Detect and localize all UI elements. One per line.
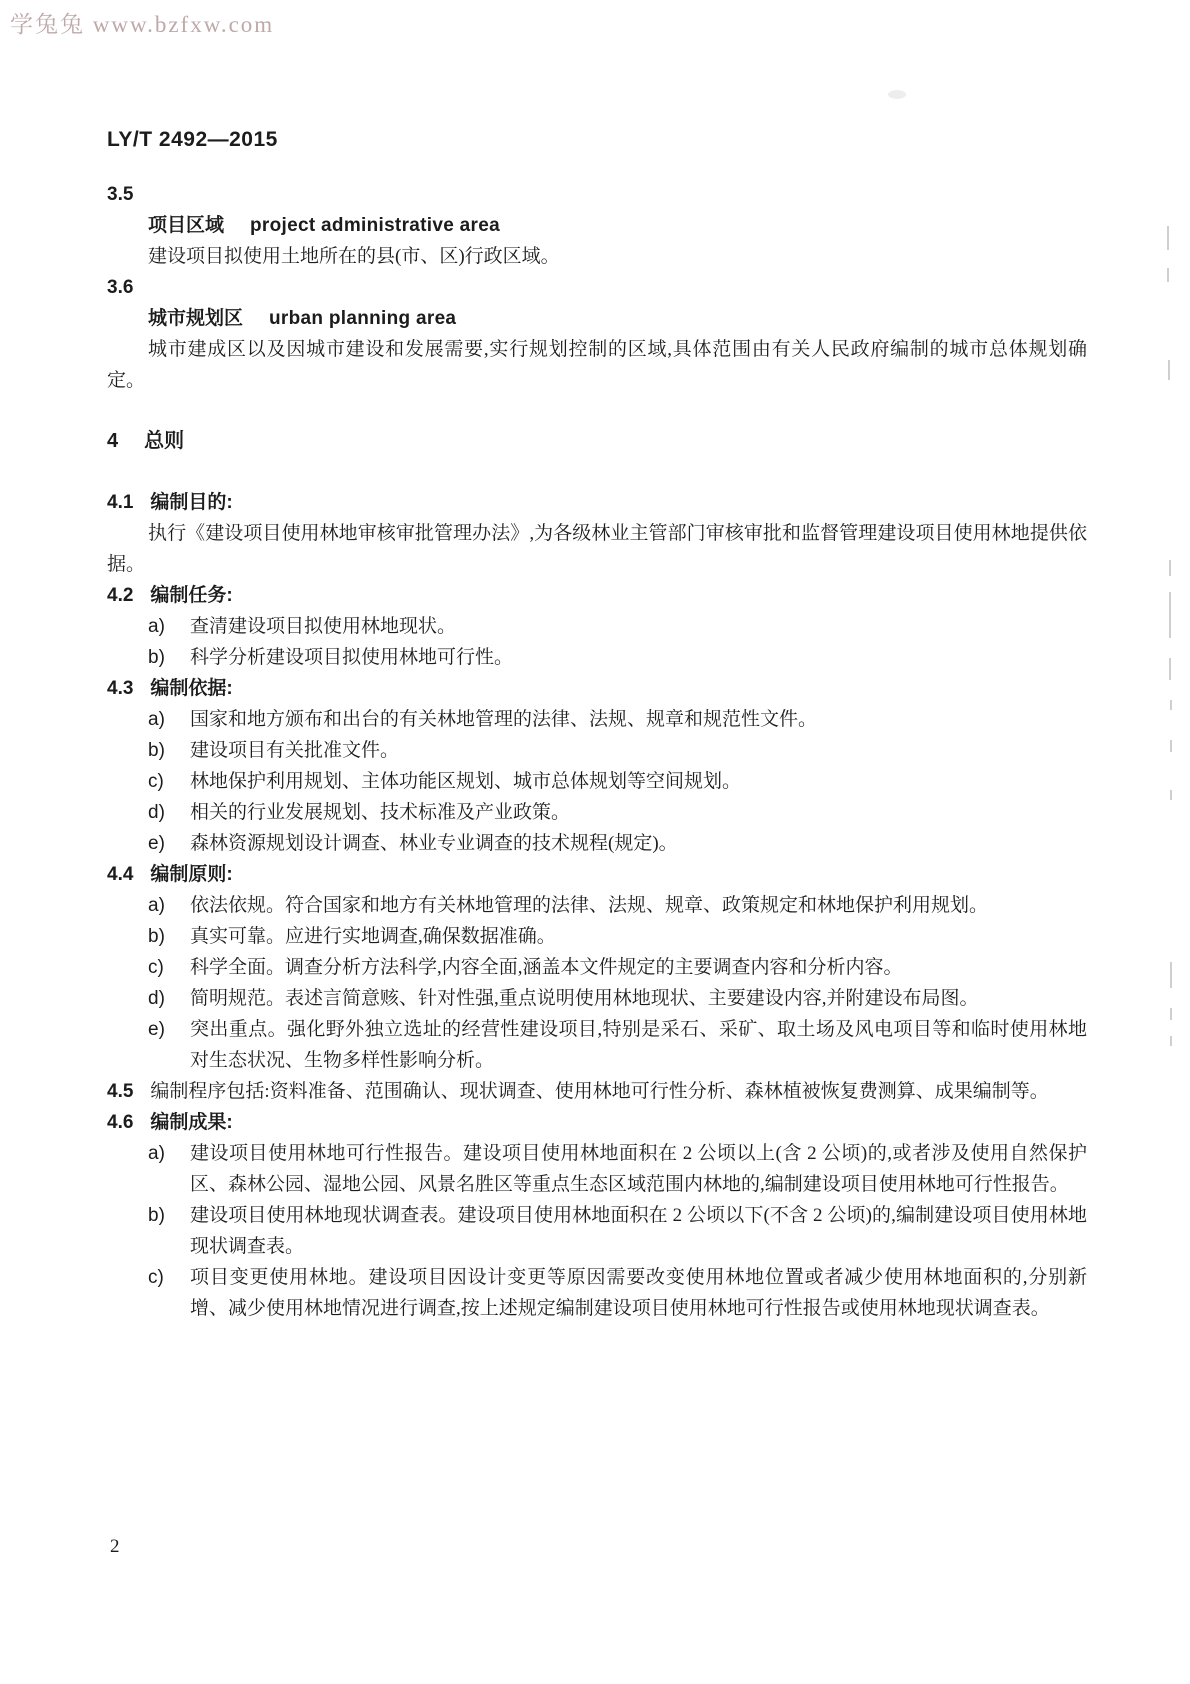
item-label: a) bbox=[148, 1138, 165, 1169]
list-item: b)建设项目使用林地现状调查表。建设项目使用林地面积在 2 公顷以下(不含 2 … bbox=[107, 1200, 1087, 1262]
item-label: e) bbox=[148, 1014, 165, 1045]
list-item: c)科学全面。调查分析方法科学,内容全面,涵盖本文件规定的主要调查内容和分析内容… bbox=[107, 952, 1087, 983]
clause-number: 4.4 bbox=[107, 864, 133, 885]
clause-number: 4.2 bbox=[107, 585, 133, 606]
item-text: 查清建设项目拟使用林地现状。 bbox=[190, 616, 456, 637]
scan-mark bbox=[1170, 962, 1172, 988]
clause-heading: 4.2编制任务: bbox=[107, 580, 1087, 611]
clause-heading: 4.1编制目的: bbox=[107, 487, 1087, 518]
scan-speck bbox=[1036, 340, 1040, 351]
clause-body: 执行《建设项目使用林地审核审批管理办法》,为各级林业主管部门审核审批和监督管理建… bbox=[107, 518, 1087, 580]
clause-text: 编制程序包括:资料准备、范围确认、现状调查、使用林地可行性分析、森林植被恢复费测… bbox=[150, 1081, 1048, 1102]
item-text: 依法依规。符合国家和地方有关林地管理的法律、法规、规章、政策规定和林地保护利用规… bbox=[190, 895, 988, 916]
item-label: d) bbox=[148, 983, 165, 1014]
item-text: 科学全面。调查分析方法科学,内容全面,涵盖本文件规定的主要调查内容和分析内容。 bbox=[190, 957, 903, 978]
item-text: 相关的行业发展规划、技术标准及产业政策。 bbox=[190, 802, 570, 823]
clause-4-4: 4.4编制原则: a)依法依规。符合国家和地方有关林地管理的法律、法规、规章、政… bbox=[107, 859, 1087, 1076]
scan-mark bbox=[1170, 1036, 1172, 1046]
clause-title: 编制原则: bbox=[150, 864, 232, 885]
clause-heading: 4.3编制依据: bbox=[107, 673, 1087, 704]
clause-number: 4.3 bbox=[107, 678, 133, 699]
list-item: c)项目变更使用林地。建设项目因设计变更等原因需要改变使用林地位置或者减少使用林… bbox=[107, 1262, 1087, 1324]
clause-number: 4.5 bbox=[107, 1081, 133, 1102]
standard-number: LY/T 2492—2015 bbox=[107, 124, 1087, 155]
scan-mark bbox=[1170, 740, 1172, 752]
page-number: 2 bbox=[110, 1536, 120, 1558]
scan-mark bbox=[1170, 790, 1172, 800]
clause-4-3: 4.3编制依据: a)国家和地方颁布和出台的有关林地管理的法律、法规、规章和规范… bbox=[107, 673, 1087, 859]
item-text: 森林资源规划设计调查、林业专业调查的技术规程(规定)。 bbox=[190, 833, 678, 854]
list-item: e)森林资源规划设计调查、林业专业调查的技术规程(规定)。 bbox=[107, 828, 1087, 859]
chapter-number: 4 bbox=[107, 430, 118, 452]
item-label: e) bbox=[148, 828, 165, 859]
term-definition: 城市建成区以及因城市建设和发展需要,实行规划控制的区域,具体范围由有关人民政府编… bbox=[107, 334, 1087, 396]
scan-mark bbox=[1169, 592, 1171, 638]
term-section-3-6: 3.6 城市规划区urban planning area 城市建成区以及因城市建… bbox=[107, 272, 1087, 396]
chapter-title: 总则 bbox=[144, 430, 184, 452]
list-item: a)查清建设项目拟使用林地现状。 bbox=[107, 611, 1087, 642]
term-definition: 建设项目拟使用土地所在的县(市、区)行政区域。 bbox=[107, 241, 1087, 272]
term-en: project administrative area bbox=[250, 215, 500, 236]
item-label: c) bbox=[148, 1262, 164, 1293]
scan-smudge bbox=[888, 90, 906, 99]
list-item: b)真实可靠。应进行实地调查,确保数据准确。 bbox=[107, 921, 1087, 952]
list-item: b)建设项目有关批准文件。 bbox=[107, 735, 1087, 766]
item-text: 建设项目使用林地可行性报告。建设项目使用林地面积在 2 公顷以上(含 2 公顷)… bbox=[190, 1143, 1087, 1195]
list-item: b)科学分析建设项目拟使用林地可行性。 bbox=[107, 642, 1087, 673]
list-item: d)相关的行业发展规划、技术标准及产业政策。 bbox=[107, 797, 1087, 828]
scan-mark bbox=[1167, 268, 1169, 282]
term-number: 3.6 bbox=[107, 272, 1087, 303]
term-section-3-5: 3.5 项目区域project administrative area 建设项目… bbox=[107, 179, 1087, 272]
term-title: 城市规划区urban planning area bbox=[148, 303, 1087, 334]
item-text: 建设项目使用林地现状调查表。建设项目使用林地面积在 2 公顷以下(不含 2 公顷… bbox=[190, 1205, 1087, 1257]
item-label: c) bbox=[148, 952, 164, 983]
clause-number: 4.6 bbox=[107, 1112, 133, 1133]
chapter-heading: 4总则 bbox=[107, 426, 1087, 457]
watermark: 学兔兔 www.bzfxw.com bbox=[10, 6, 274, 39]
item-text: 林地保护利用规划、主体功能区规划、城市总体规划等空间规划。 bbox=[190, 771, 741, 792]
item-label: a) bbox=[148, 611, 165, 642]
item-text: 项目变更使用林地。建设项目因设计变更等原因需要改变使用林地位置或者减少使用林地面… bbox=[190, 1267, 1087, 1319]
clause-4-6: 4.6编制成果: a)建设项目使用林地可行性报告。建设项目使用林地面积在 2 公… bbox=[107, 1107, 1087, 1324]
clause-number: 4.1 bbox=[107, 492, 133, 513]
page-content: LY/T 2492—2015 3.5 项目区域project administr… bbox=[107, 124, 1087, 1324]
list-item: d)简明规范。表述言简意赅、针对性强,重点说明使用林地现状、主要建设内容,并附建… bbox=[107, 983, 1087, 1014]
term-title: 项目区域project administrative area bbox=[148, 210, 1087, 241]
item-text: 国家和地方颁布和出台的有关林地管理的法律、法规、规章和规范性文件。 bbox=[190, 709, 817, 730]
term-number: 3.5 bbox=[107, 179, 1087, 210]
clause-title: 编制依据: bbox=[150, 678, 232, 699]
item-label: b) bbox=[148, 921, 165, 952]
term-en: urban planning area bbox=[269, 308, 456, 329]
scan-mark bbox=[1170, 700, 1172, 710]
item-label: d) bbox=[148, 797, 165, 828]
clause-4-5: 4.5编制程序包括:资料准备、范围确认、现状调查、使用林地可行性分析、森林植被恢… bbox=[107, 1076, 1087, 1107]
item-label: c) bbox=[148, 766, 164, 797]
document-page: 学兔兔 www.bzfxw.com LY/T 2492—2015 3.5 项目区… bbox=[0, 0, 1190, 1684]
item-text: 简明规范。表述言简意赅、针对性强,重点说明使用林地现状、主要建设内容,并附建设布… bbox=[190, 988, 979, 1009]
item-label: a) bbox=[148, 704, 165, 735]
list-item: a)依法依规。符合国家和地方有关林地管理的法律、法规、规章、政策规定和林地保护利… bbox=[107, 890, 1087, 921]
scan-mark bbox=[1169, 560, 1171, 576]
scan-mark bbox=[1168, 360, 1170, 380]
item-label: b) bbox=[148, 1200, 165, 1231]
item-label: a) bbox=[148, 890, 165, 921]
clause-title: 编制目的: bbox=[150, 492, 232, 513]
scan-mark bbox=[1170, 1008, 1172, 1020]
item-text: 真实可靠。应进行实地调查,确保数据准确。 bbox=[190, 926, 556, 947]
item-text: 突出重点。强化野外独立选址的经营性建设项目,特别是采石、采矿、取土场及风电项目等… bbox=[190, 1019, 1087, 1071]
term-zh: 项目区域 bbox=[148, 215, 224, 236]
list-item: e)突出重点。强化野外独立选址的经营性建设项目,特别是采石、采矿、取土场及风电项… bbox=[107, 1014, 1087, 1076]
clause-title: 编制任务: bbox=[150, 585, 232, 606]
list-item: a)建设项目使用林地可行性报告。建设项目使用林地面积在 2 公顷以上(含 2 公… bbox=[107, 1138, 1087, 1200]
term-zh: 城市规划区 bbox=[148, 308, 243, 329]
item-text: 科学分析建设项目拟使用林地可行性。 bbox=[190, 647, 513, 668]
clause-heading: 4.4编制原则: bbox=[107, 859, 1087, 890]
clause-heading: 4.6编制成果: bbox=[107, 1107, 1087, 1138]
list-item: c)林地保护利用规划、主体功能区规划、城市总体规划等空间规划。 bbox=[107, 766, 1087, 797]
clause-4-2: 4.2编制任务: a)查清建设项目拟使用林地现状。 b)科学分析建设项目拟使用林… bbox=[107, 580, 1087, 673]
scan-mark bbox=[1167, 226, 1169, 250]
clause-4-1: 4.1编制目的: 执行《建设项目使用林地审核审批管理办法》,为各级林业主管部门审… bbox=[107, 487, 1087, 580]
item-label: b) bbox=[148, 642, 165, 673]
scan-mark bbox=[1169, 658, 1171, 680]
item-text: 建设项目有关批准文件。 bbox=[190, 740, 399, 761]
clause-title: 编制成果: bbox=[150, 1112, 232, 1133]
list-item: a)国家和地方颁布和出台的有关林地管理的法律、法规、规章和规范性文件。 bbox=[107, 704, 1087, 735]
item-label: b) bbox=[148, 735, 165, 766]
